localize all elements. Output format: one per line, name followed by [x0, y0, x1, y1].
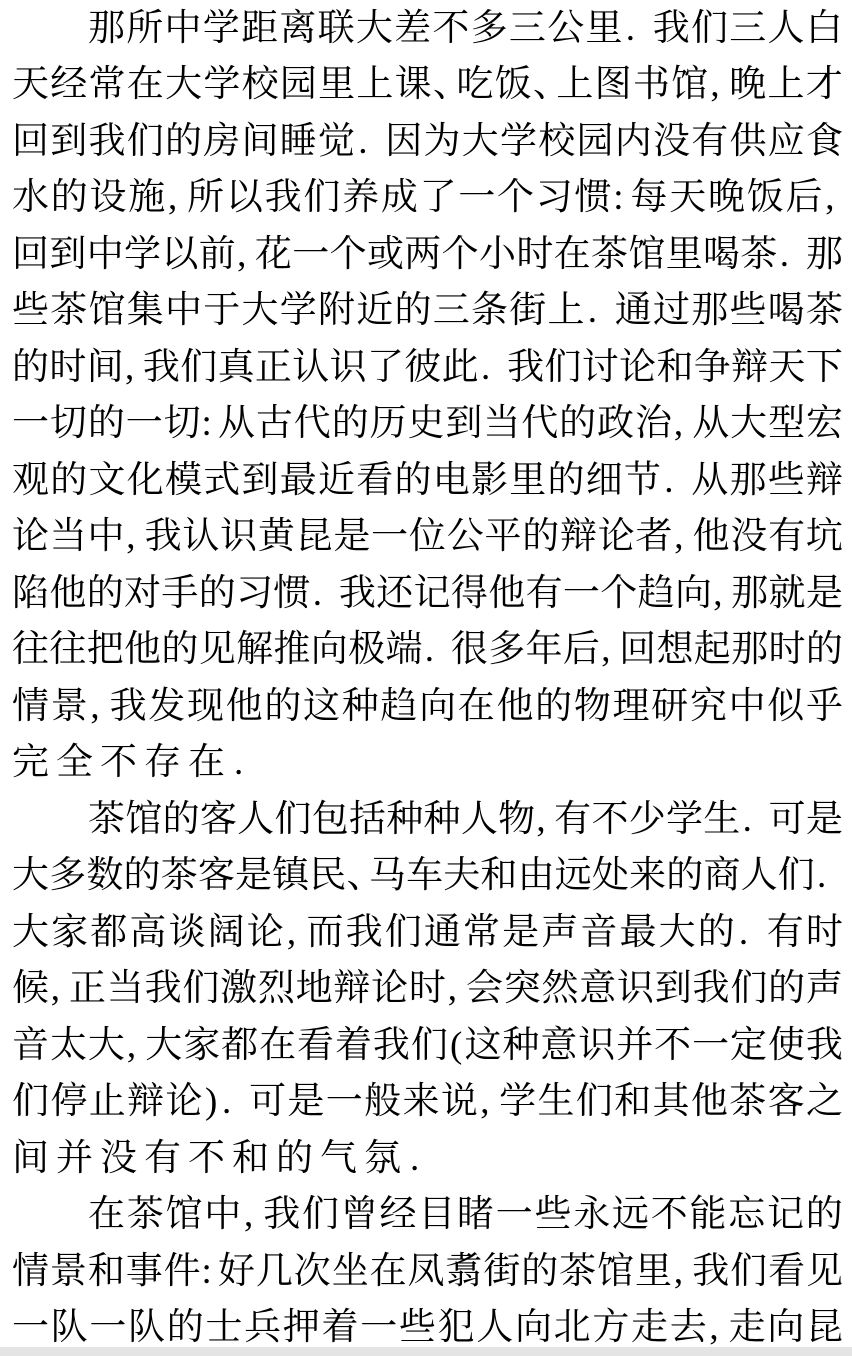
char: 园 [280, 66, 317, 103]
char: 马 [369, 857, 406, 894]
text-line: 茶馆的客人们包括种种人物,有不少学生.可是 [12, 791, 843, 848]
char: 所 [126, 10, 163, 47]
char: 一 [12, 1309, 49, 1346]
char: 多 [49, 857, 86, 894]
char: 一 [563, 575, 600, 612]
char: 忘 [728, 1196, 765, 1233]
char: 存 [144, 744, 181, 781]
char: 着 [322, 1309, 359, 1346]
char: 在 [370, 1253, 407, 1290]
char: 个 [497, 179, 534, 216]
char: 彼 [404, 349, 441, 386]
char: 处 [592, 857, 629, 894]
char: 们 [385, 914, 422, 951]
char: , [89, 688, 108, 725]
char: 三 [433, 292, 470, 329]
char: 现 [187, 688, 224, 725]
char: 声 [541, 914, 578, 951]
char: 我 [145, 970, 182, 1007]
char: 乎 [806, 688, 843, 725]
char: 般 [364, 1083, 401, 1120]
char: 回 [12, 236, 49, 273]
char: 那 [806, 236, 843, 273]
char: 大 [165, 66, 202, 103]
char: 都 [221, 1027, 258, 1064]
char: 才 [806, 66, 843, 103]
char: 件 [164, 1253, 201, 1290]
char: 押 [283, 1309, 320, 1346]
text-line: 些茶馆集中于大学附近的三条街上.通过那些喝茶 [12, 283, 843, 340]
scan-edge [0, 1347, 852, 1356]
char: 回 [619, 631, 656, 668]
char: 在 [259, 1027, 296, 1064]
char: 的 [806, 1196, 843, 1233]
char: 的 [521, 1253, 558, 1290]
char: 阔 [208, 914, 245, 951]
char: 见 [806, 1253, 843, 1290]
char: 止 [89, 1083, 126, 1120]
char: 中 [729, 688, 766, 725]
char: 括 [349, 801, 386, 838]
char: 们 [691, 10, 728, 47]
char: 前 [199, 236, 236, 273]
char: 的 [163, 801, 200, 838]
char: 睹 [457, 1196, 494, 1233]
char: 士 [205, 1309, 242, 1346]
char: 我 [110, 688, 147, 725]
char: . [737, 914, 765, 951]
char: 应 [768, 123, 805, 160]
char: 政 [597, 405, 634, 442]
char: 还 [376, 575, 413, 612]
char: 成 [381, 179, 418, 216]
char: 上 [767, 66, 804, 103]
char: 陷 [12, 575, 49, 612]
char: . [624, 10, 652, 47]
char: 个 [330, 236, 367, 273]
char: 镇 [272, 857, 309, 894]
char: , [712, 575, 731, 612]
char: 烈 [258, 970, 295, 1007]
char: 他 [496, 688, 533, 725]
char: 些 [730, 292, 767, 329]
char: 我 [653, 10, 690, 47]
char: . [778, 236, 806, 273]
text-line: 大多数的茶客是镇民、马车夫和由远处来的商人们. [12, 848, 843, 905]
char: 得 [451, 575, 488, 612]
char: 于 [203, 292, 240, 329]
char: 激 [220, 970, 257, 1007]
char: 位 [409, 518, 446, 555]
char: 人 [741, 857, 778, 894]
char: , [167, 179, 186, 216]
char: ) [204, 1083, 219, 1120]
text-line: 水的设施,所以我们养成了一个习惯:每天晚饭后, [12, 170, 843, 227]
char: 我 [373, 1027, 410, 1064]
char: 那 [731, 631, 768, 668]
char: 那 [730, 462, 767, 499]
char: 候 [12, 970, 49, 1007]
char: 看 [356, 462, 393, 499]
char: 正 [255, 349, 292, 386]
char: 方 [592, 1309, 629, 1346]
char: 下 [806, 349, 843, 386]
char: 回 [12, 123, 49, 160]
char: . [741, 801, 769, 838]
char: 音 [580, 914, 617, 951]
char: 供 [730, 123, 767, 160]
char: 公 [547, 10, 584, 47]
char: , [286, 914, 305, 951]
char: 的 [165, 123, 202, 160]
char: 型 [768, 405, 805, 442]
char: 不 [591, 801, 628, 838]
char: . [479, 349, 507, 386]
char: 天 [12, 66, 49, 103]
char: 客 [198, 857, 235, 894]
char: 客 [200, 801, 237, 838]
char: 养 [342, 179, 379, 216]
char: 是 [235, 857, 272, 894]
char: 们 [778, 857, 815, 894]
char: 我 [507, 349, 544, 386]
char: 是 [287, 1083, 324, 1120]
char: 那 [691, 292, 728, 329]
char: 习 [236, 575, 273, 612]
char: 商 [703, 857, 740, 894]
char: 并 [56, 1140, 93, 1177]
char: 花 [255, 236, 292, 273]
text-line: 往往把他的见解推向极端.很多年后,回想起那时的 [12, 622, 843, 679]
char: 识 [330, 349, 367, 386]
char: 趋 [380, 688, 417, 725]
char: 对 [124, 575, 161, 612]
char: 兵 [244, 1309, 281, 1346]
char: 北 [554, 1309, 591, 1346]
char: 吃 [456, 66, 493, 103]
char: 究 [690, 688, 727, 725]
char: 谈 [169, 914, 206, 951]
char: 和 [480, 857, 517, 894]
char: 通 [615, 292, 652, 329]
char: 没 [100, 1140, 137, 1177]
char: 一 [360, 1309, 397, 1346]
char: 了 [367, 349, 404, 386]
char: 坑 [806, 518, 843, 555]
char: 三 [509, 10, 546, 47]
char: 大 [12, 857, 49, 894]
char: 年 [526, 631, 563, 668]
char: 会 [466, 970, 503, 1007]
char: 坐 [332, 1253, 369, 1290]
char: 他 [124, 631, 161, 668]
char: 课 [395, 66, 432, 103]
char: 中 [165, 10, 202, 47]
char: 学 [203, 66, 240, 103]
char: 最 [280, 462, 317, 499]
char: 常 [463, 914, 500, 951]
char: 的 [806, 631, 843, 668]
char: 中 [88, 518, 125, 555]
char: 种 [342, 688, 379, 725]
char: 看 [297, 1027, 334, 1064]
char: 园 [577, 123, 614, 160]
char: 景 [51, 688, 88, 725]
char: 距 [241, 10, 278, 47]
char: 里 [509, 462, 546, 499]
char: 些 [768, 462, 805, 499]
char: 白 [806, 10, 843, 47]
char: 喝 [768, 292, 805, 329]
char: 就 [768, 575, 805, 612]
char: 他 [226, 688, 263, 725]
char: 辩 [806, 462, 843, 499]
char: 往 [12, 631, 49, 668]
char: : [202, 405, 218, 442]
char: 到 [655, 970, 692, 1007]
char: 我 [346, 914, 383, 951]
char: 因 [385, 123, 422, 160]
char: . [662, 462, 690, 499]
char: 着 [335, 1027, 372, 1064]
char: 向 [515, 1309, 552, 1346]
char: 犯 [438, 1309, 475, 1346]
char: 想 [656, 631, 693, 668]
char: 们 [303, 179, 340, 216]
char: 切 [164, 405, 201, 442]
char: 有 [554, 801, 591, 838]
char: 街 [509, 292, 546, 329]
char: 一 [496, 1196, 533, 1233]
char: 家 [51, 914, 88, 951]
text-line: 观的文化模式到最近看的电影里的细节.从那些辩 [12, 452, 843, 509]
char: 研 [651, 688, 688, 725]
char: 真 [218, 349, 255, 386]
char: 我 [89, 123, 126, 160]
char: 设 [89, 179, 126, 216]
char: 讨 [582, 349, 619, 386]
char: 人 [237, 801, 274, 838]
char: 意 [579, 970, 616, 1007]
char: 民 [309, 857, 346, 894]
char: 太 [50, 1027, 87, 1064]
char: 们 [730, 970, 767, 1007]
char: 论 [165, 1083, 202, 1120]
text-line: 回到我们的房间睡觉.因为大学校园内没有供应食 [12, 113, 843, 170]
char: 们 [544, 349, 581, 386]
char: 些 [399, 1309, 436, 1346]
char: 多 [488, 631, 525, 668]
text-line: 陷他的对手的习惯.我还记得他有一个趋向,那就是 [12, 565, 843, 622]
char: 化 [127, 462, 164, 499]
char: 有 [526, 575, 563, 612]
char: 观 [12, 462, 49, 499]
char: 里 [666, 236, 703, 273]
char: 天 [669, 179, 706, 216]
char: 意 [540, 1027, 577, 1064]
char: 里 [318, 66, 355, 103]
char: 的 [535, 688, 572, 725]
char: 他 [49, 575, 86, 612]
char: 大 [659, 914, 696, 951]
char: 晚 [708, 179, 745, 216]
page: 那所中学距离联大差不多三公里.我们三人白天经常在大学校园里上课、吃饭、上图书馆,… [0, 0, 852, 1356]
char: 和 [232, 1140, 269, 1177]
char: . [356, 123, 384, 160]
char: 我 [693, 970, 730, 1007]
char: 起 [694, 631, 731, 668]
char: 是 [333, 518, 370, 555]
char: 在 [458, 688, 495, 725]
text-line: 音太大,大家都在看着我们(这种意识并不一定使我 [12, 1017, 843, 1074]
char: , [709, 66, 728, 103]
char: 间 [12, 1140, 49, 1177]
char: 家 [183, 1027, 220, 1064]
char: 经 [380, 1196, 417, 1233]
char: 三 [729, 10, 766, 47]
char: 此 [442, 349, 479, 386]
char: , [708, 1309, 727, 1346]
char: 晚 [729, 66, 766, 103]
char: 附 [318, 292, 355, 329]
char: 常 [89, 66, 126, 103]
char: 电 [433, 462, 470, 499]
char: 的 [395, 292, 432, 329]
char: 论 [598, 518, 635, 555]
char: 文 [89, 462, 126, 499]
char: 影 [471, 462, 508, 499]
char: 的 [51, 179, 88, 216]
char: 者 [636, 518, 673, 555]
char: 解 [236, 631, 273, 668]
char: 说 [441, 1083, 478, 1120]
char: 一 [371, 518, 408, 555]
char: 在 [88, 1196, 125, 1233]
char: 高 [129, 914, 166, 951]
char: 似 [767, 688, 804, 725]
char: 我 [145, 518, 182, 555]
char: 车 [406, 857, 443, 894]
char: 向 [311, 631, 348, 668]
char: 的 [50, 462, 87, 499]
char: 有 [144, 1140, 181, 1177]
text-line: 完全不存在. [12, 735, 843, 792]
char: 每 [631, 179, 668, 216]
char: 馆 [125, 801, 162, 838]
char: 可 [769, 801, 806, 838]
char: 代 [521, 405, 558, 442]
char: 的 [522, 518, 559, 555]
char: 辩 [560, 518, 597, 555]
char: 茶 [88, 801, 125, 838]
char: 种 [386, 801, 423, 838]
char: 上 [356, 66, 393, 103]
char: 集 [127, 292, 164, 329]
char: 他 [488, 575, 525, 612]
char: 到 [242, 462, 279, 499]
char: 辩 [333, 970, 370, 1007]
char: , [673, 1253, 692, 1290]
char: , [447, 970, 466, 1007]
char: 学 [280, 292, 317, 329]
char: 学 [500, 123, 537, 160]
char: 并 [616, 1027, 653, 1064]
char: 宏 [806, 405, 843, 442]
char: 们 [127, 123, 164, 160]
char: 我 [806, 1027, 843, 1064]
char: 一 [692, 1027, 729, 1064]
char: 的 [87, 575, 124, 612]
char: 中 [204, 1196, 241, 1233]
char: 史 [408, 405, 445, 442]
char: 模 [165, 462, 202, 499]
char: 当 [50, 518, 87, 555]
char: 联 [318, 10, 355, 47]
char: 论 [371, 970, 408, 1007]
char: 馆 [166, 1196, 203, 1233]
char: 离 [279, 10, 316, 47]
char: 一 [12, 405, 49, 442]
char: . [311, 575, 339, 612]
char: 们 [730, 1253, 767, 1290]
char: 茶 [591, 236, 628, 273]
char: 个 [442, 236, 479, 273]
char: 见 [199, 631, 236, 668]
char: 们 [411, 1027, 448, 1064]
char: 的 [124, 857, 161, 894]
char: , [50, 970, 69, 1007]
char: 为 [424, 123, 461, 160]
char: . [815, 857, 843, 894]
char: 的 [332, 405, 369, 442]
char: 我 [692, 1253, 729, 1290]
char: 一 [326, 1083, 363, 1120]
text-line: 一切的一切:从古代的历史到当代的政治,从大型宏 [12, 396, 843, 453]
char: 认 [182, 518, 219, 555]
char: : [613, 179, 629, 216]
text-line: 的时间,我们真正认识了彼此.我们讨论和争辩天下 [12, 339, 843, 396]
char: 茶 [729, 1083, 766, 1120]
char: 推 [273, 631, 310, 668]
char: 时 [516, 236, 553, 273]
char: 可 [249, 1083, 286, 1120]
char: 一 [292, 236, 329, 273]
char: 茶 [161, 857, 198, 894]
char: 天 [768, 349, 805, 386]
char: 们 [274, 801, 311, 838]
char: 条 [471, 292, 508, 329]
char: 一 [89, 1309, 126, 1346]
char: 水 [12, 179, 49, 216]
char: 时 [409, 970, 446, 1007]
char: 音 [12, 1027, 49, 1064]
char: 极 [348, 631, 385, 668]
char: 一 [126, 405, 163, 442]
char: 辩 [731, 349, 768, 386]
char: 向 [675, 575, 712, 612]
char: 那 [731, 575, 768, 612]
char: 到 [49, 236, 86, 273]
char: 黄 [258, 518, 295, 555]
char: 曾 [341, 1196, 378, 1233]
char: 有 [691, 123, 728, 160]
char: 昆 [806, 1309, 843, 1346]
char: 客 [768, 1083, 805, 1120]
char: 些 [12, 292, 49, 329]
char: 好 [218, 1253, 255, 1290]
char: 把 [87, 631, 124, 668]
char: 识 [617, 970, 654, 1007]
